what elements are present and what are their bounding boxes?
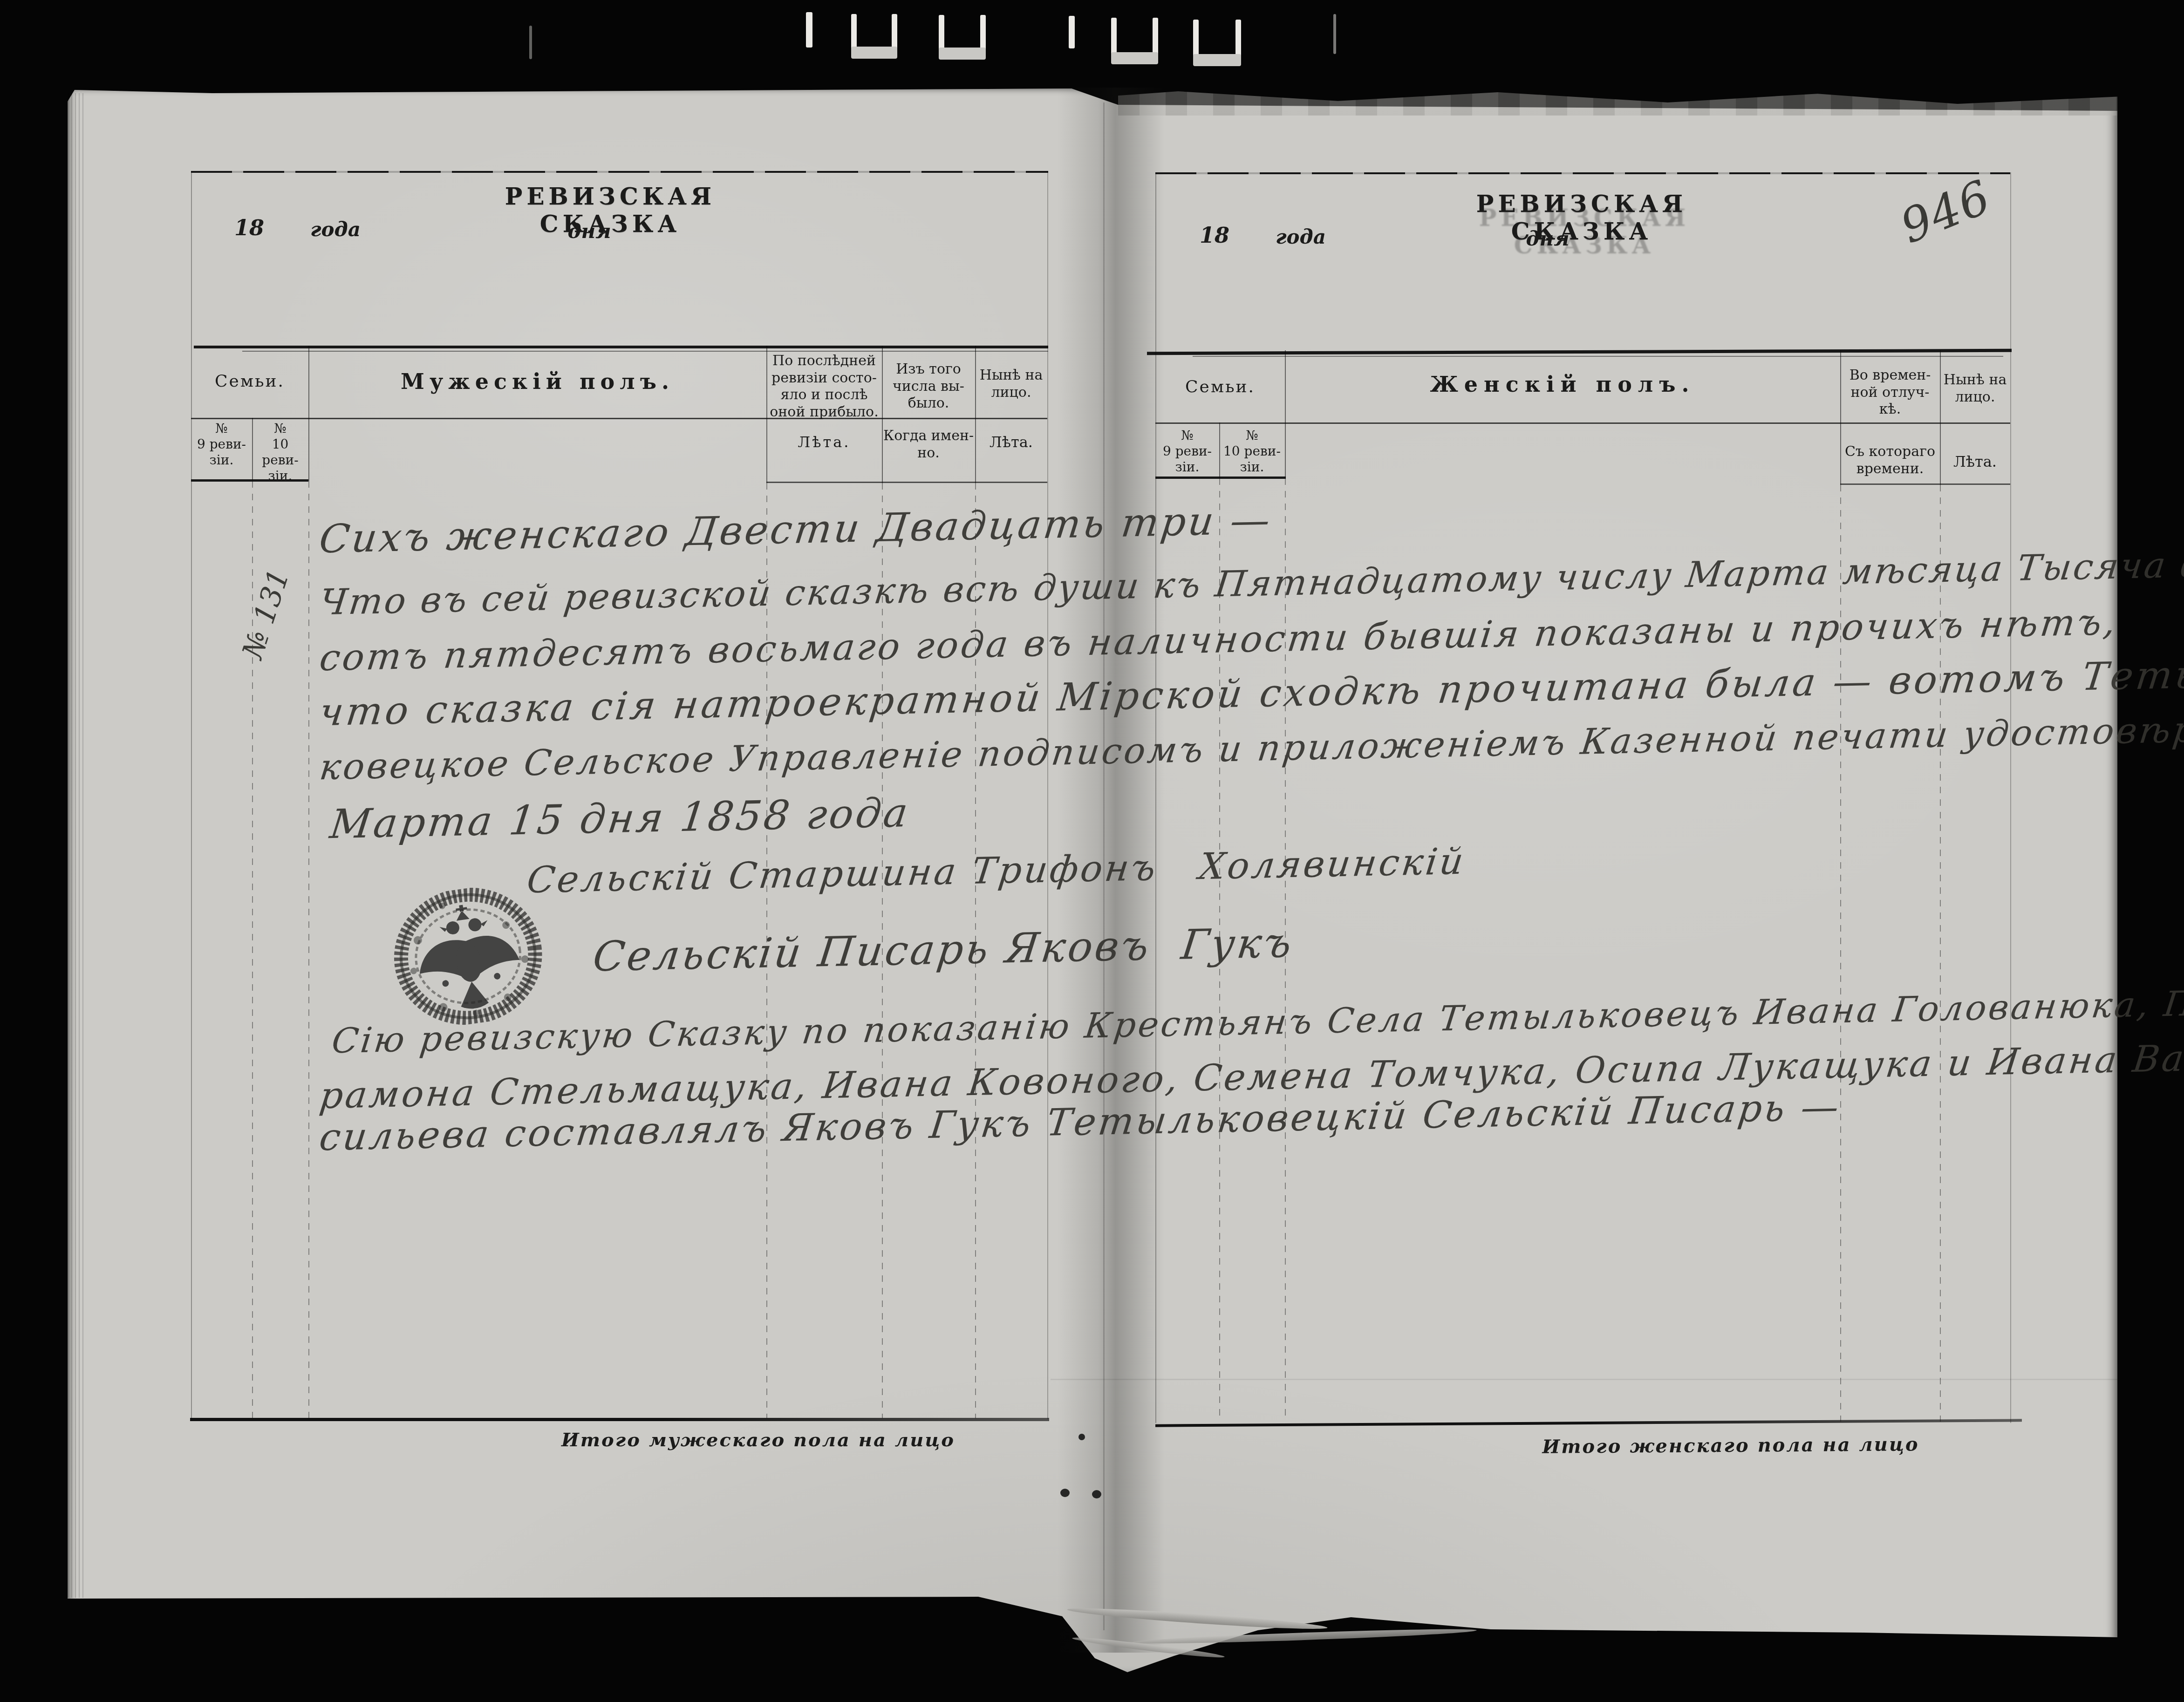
header-bottom-rule [191,418,1047,419]
film-mark [806,12,812,48]
header-bottom-rule [1155,422,2010,424]
subheader-bottom-rule-right [1840,483,2010,485]
film-mark [939,48,986,60]
table-bottom-rule [190,1418,1049,1421]
page-title: РЕВИЗСКАЯ СКАЗКА [1419,190,1745,245]
col-header-male: Мужескій полъ. [308,369,766,394]
subcol-years-1: Лѣта. [766,433,882,451]
footer-total-male: Итого мужескаго пола на лицо [561,1429,953,1451]
subcol-revision-10: № 10 реви- зіи. [1219,428,1285,475]
col-header-previous-revision: По послѣдней ревизіи состо- яло и послѣ … [766,353,882,421]
year-label: года [303,218,368,241]
day-label: дня [1520,227,1576,250]
film-mark [1333,14,1336,54]
footer-total-female: Итого женскаго пола на лицо [1537,1433,1924,1458]
column-line [308,346,309,481]
col-header-present: Нынѣ на лицо. [975,367,1047,401]
subcol-when-exactly: Когда имен- но. [882,428,975,462]
table-top-rule-2 [1193,356,2003,357]
day-label: дня [561,220,617,243]
film-mark [1111,52,1158,64]
col-header-family: Семьи. [191,372,308,391]
subcol-revision-9: № 9 реви- зіи. [1155,428,1219,475]
film-mark [851,47,897,59]
binding-hole [1060,1489,1070,1497]
frame-top-rule [191,171,1048,173]
double-headed-eagle-stamp-icon [385,879,552,1035]
column-line [191,171,192,1419]
binding-hole [1078,1434,1085,1440]
film-mark [1193,54,1241,66]
subcol-revision-10: № 10 реви- зіи. [252,421,308,484]
col-header-temporary-absence: Во времен- ной отлуч- кѣ. [1840,367,1940,418]
scanned-revision-list-spread: РЕВИЗСКАЯ СКАЗКА 18 года дня Семьи. Муже… [0,0,2184,1702]
subcol-years: Лѣта. [1940,453,2010,471]
subheader-bottom-rule-left [1155,477,1286,479]
film-mark [529,26,532,59]
subheader-bottom-rule-right [766,482,1047,483]
film-mark [1069,16,1075,48]
col-header-family: Семьи. [1155,377,1285,396]
column-line [1155,172,1156,1423]
col-header-female: Женскій полъ. [1285,372,1840,397]
page-edge-texture [1118,91,2117,116]
col-header-departed: Изъ того числа вы- было. [882,361,975,412]
column-line [2010,172,2011,1423]
frame-top-rule [1155,172,2010,174]
col-header-present: Нынѣ на лицо. [1940,372,2010,406]
column-line [308,481,309,1418]
table-top-rule-2 [242,351,1048,352]
page-edge-texture [68,93,83,1598]
subcol-revision-9: № 9 реви- зіи. [191,421,252,468]
column-line [1047,171,1048,1419]
year-prefix: 18 [228,215,270,240]
year-label: года [1268,225,1333,248]
paper-crease [1051,1379,2117,1380]
subcol-since-when: Съ котораго времени. [1840,443,1940,477]
subcol-years-2: Лѣта. [975,433,1047,451]
table-top-rule [194,346,1048,348]
column-line [1285,350,1286,478]
binding-hole [1092,1490,1101,1498]
column-line [975,346,976,483]
year-prefix: 18 [1194,223,1235,248]
